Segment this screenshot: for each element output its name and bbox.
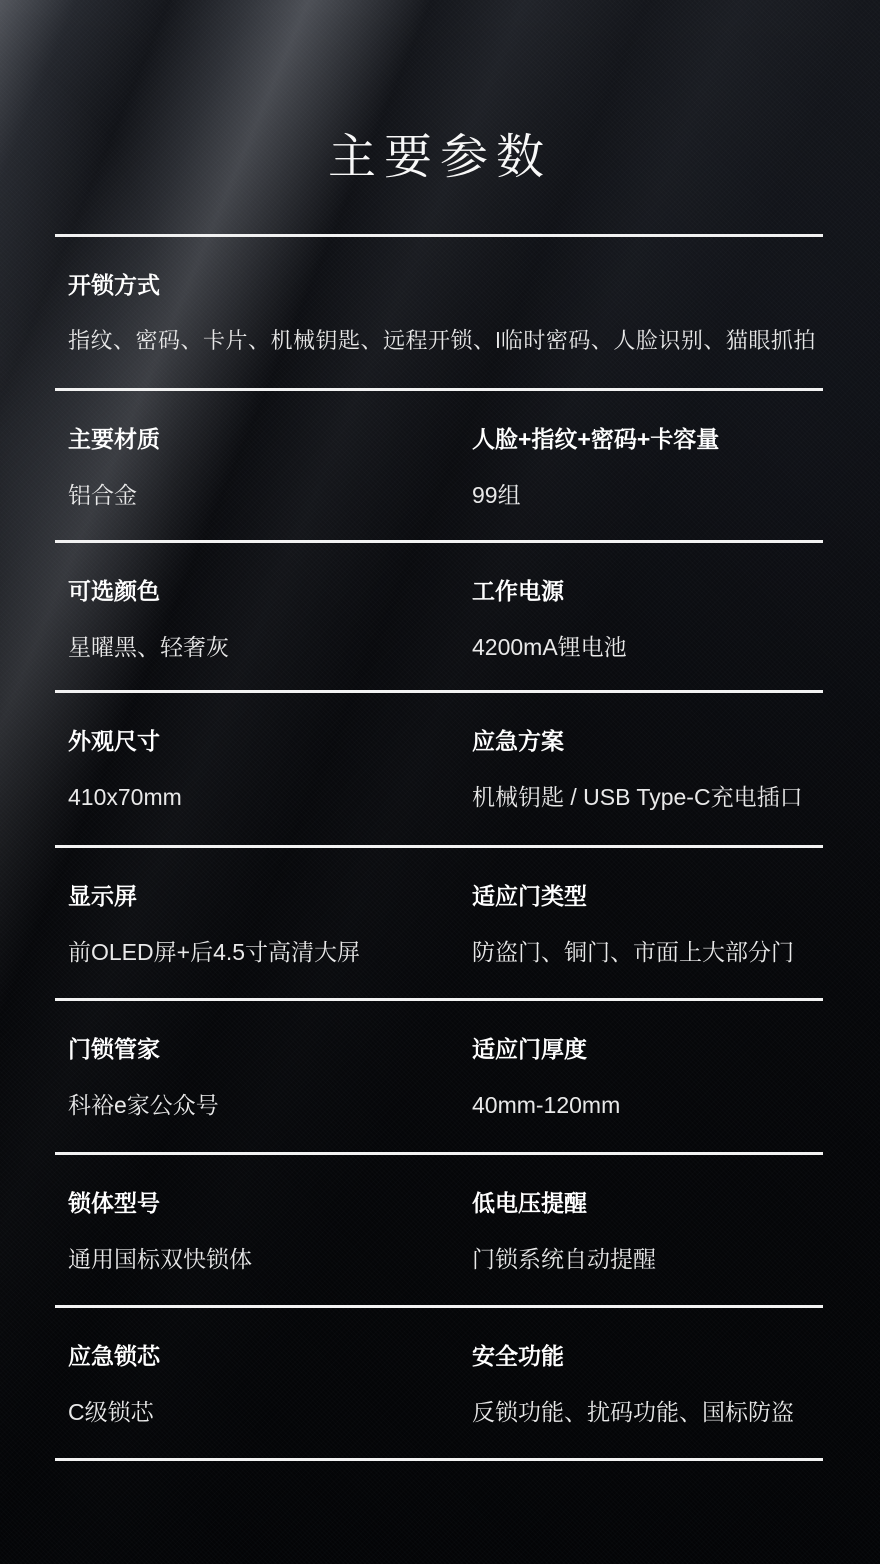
spec-cell-lock-manager: 门锁管家 科裕e家公众号 — [68, 1034, 472, 1152]
spec-value: 机械钥匙 / USB Type-C充电插口 — [472, 782, 823, 812]
spec-value: 通用国标双快锁体 — [68, 1244, 472, 1274]
spec-cell-low-voltage-alert: 低电压提醒 门锁系统自动提醒 — [472, 1188, 823, 1305]
spec-section-size-emergency: 外观尺寸 410x70mm 应急方案 机械钥匙 / USB Type-C充电插口 — [55, 693, 823, 845]
spec-label: 适应门厚度 — [472, 1034, 823, 1064]
spec-label: 门锁管家 — [68, 1034, 472, 1064]
spec-value: 前OLED屏+后4.5寸高清大屏 — [68, 937, 472, 967]
spec-value: 4200mA锂电池 — [472, 632, 823, 662]
spec-value: 星曜黑、轻奢灰 — [68, 632, 472, 662]
spec-section-cylinder-security: 应急锁芯 C级锁芯 安全功能 反锁功能、扰码功能、国标防盗 — [55, 1308, 823, 1458]
spec-cell-emergency-solution: 应急方案 机械钥匙 / USB Type-C充电插口 — [472, 726, 823, 845]
spec-label: 工作电源 — [472, 576, 823, 606]
spec-label: 应急锁芯 — [68, 1341, 472, 1371]
spec-table: 开锁方式 指纹、密码、卡片、机械钥匙、远程开锁、l临时密码、人脸识别、猫眼抓拍 … — [55, 234, 823, 1461]
spec-value: 指纹、密码、卡片、机械钥匙、远程开锁、l临时密码、人脸识别、猫眼抓拍 — [68, 326, 823, 356]
spec-cell-dimensions: 外观尺寸 410x70mm — [68, 726, 472, 845]
spec-cell-security-features: 安全功能 反锁功能、扰码功能、国标防盗 — [472, 1341, 823, 1458]
spec-cell-color-options: 可选颜色 星曜黑、轻奢灰 — [68, 576, 472, 690]
spec-section-lockbody-voltage: 锁体型号 通用国标双快锁体 低电压提醒 门锁系统自动提醒 — [55, 1155, 823, 1305]
spec-cell-door-types: 适应门类型 防盗门、铜门、市面上大部分门 — [472, 881, 823, 998]
spec-cell-main-material: 主要材质 铝合金 — [68, 424, 472, 540]
spec-label: 可选颜色 — [68, 576, 472, 606]
spec-label: 主要材质 — [68, 424, 472, 454]
spec-value: 门锁系统自动提醒 — [472, 1244, 823, 1274]
spec-value: 40mm-120mm — [472, 1090, 823, 1120]
spec-section-unlock-methods: 开锁方式 指纹、密码、卡片、机械钥匙、远程开锁、l临时密码、人脸识别、猫眼抓拍 — [55, 237, 823, 388]
spec-label: 人脸+指纹+密码+卡容量 — [472, 424, 823, 454]
spec-label: 安全功能 — [472, 1341, 823, 1371]
spec-cell-power-supply: 工作电源 4200mA锂电池 — [472, 576, 823, 690]
spec-cell-lock-body-model: 锁体型号 通用国标双快锁体 — [68, 1188, 472, 1305]
spec-label: 低电压提醒 — [472, 1188, 823, 1218]
spec-value: 99组 — [472, 480, 823, 510]
spec-cell-door-thickness: 适应门厚度 40mm-120mm — [472, 1034, 823, 1152]
spec-section-color-power: 可选颜色 星曜黑、轻奢灰 工作电源 4200mA锂电池 — [55, 543, 823, 690]
spec-section-display-doortype: 显示屏 前OLED屏+后4.5寸高清大屏 适应门类型 防盗门、铜门、市面上大部分… — [55, 848, 823, 998]
spec-section-manager-thickness: 门锁管家 科裕e家公众号 适应门厚度 40mm-120mm — [55, 1001, 823, 1152]
spec-cell-emergency-cylinder: 应急锁芯 C级锁芯 — [68, 1341, 472, 1458]
spec-sheet-page: 主要参数 开锁方式 指纹、密码、卡片、机械钥匙、远程开锁、l临时密码、人脸识别、… — [0, 0, 880, 1564]
spec-label: 外观尺寸 — [68, 726, 472, 756]
spec-label: 应急方案 — [472, 726, 823, 756]
page-title: 主要参数 — [0, 132, 880, 184]
section-divider — [55, 1458, 823, 1461]
spec-label: 锁体型号 — [68, 1188, 472, 1218]
spec-label: 显示屏 — [68, 881, 472, 911]
spec-cell-credential-capacity: 人脸+指纹+密码+卡容量 99组 — [472, 424, 823, 540]
spec-value: 410x70mm — [68, 782, 472, 812]
spec-value: C级锁芯 — [68, 1397, 472, 1427]
spec-section-material-capacity: 主要材质 铝合金 人脸+指纹+密码+卡容量 99组 — [55, 391, 823, 540]
spec-value: 反锁功能、扰码功能、国标防盗 — [472, 1397, 823, 1427]
spec-label: 适应门类型 — [472, 881, 823, 911]
spec-value: 铝合金 — [68, 480, 472, 510]
spec-label: 开锁方式 — [68, 270, 823, 300]
spec-value: 防盗门、铜门、市面上大部分门 — [472, 937, 823, 967]
spec-value: 科裕e家公众号 — [68, 1090, 472, 1120]
spec-cell-display-screen: 显示屏 前OLED屏+后4.5寸高清大屏 — [68, 881, 472, 998]
